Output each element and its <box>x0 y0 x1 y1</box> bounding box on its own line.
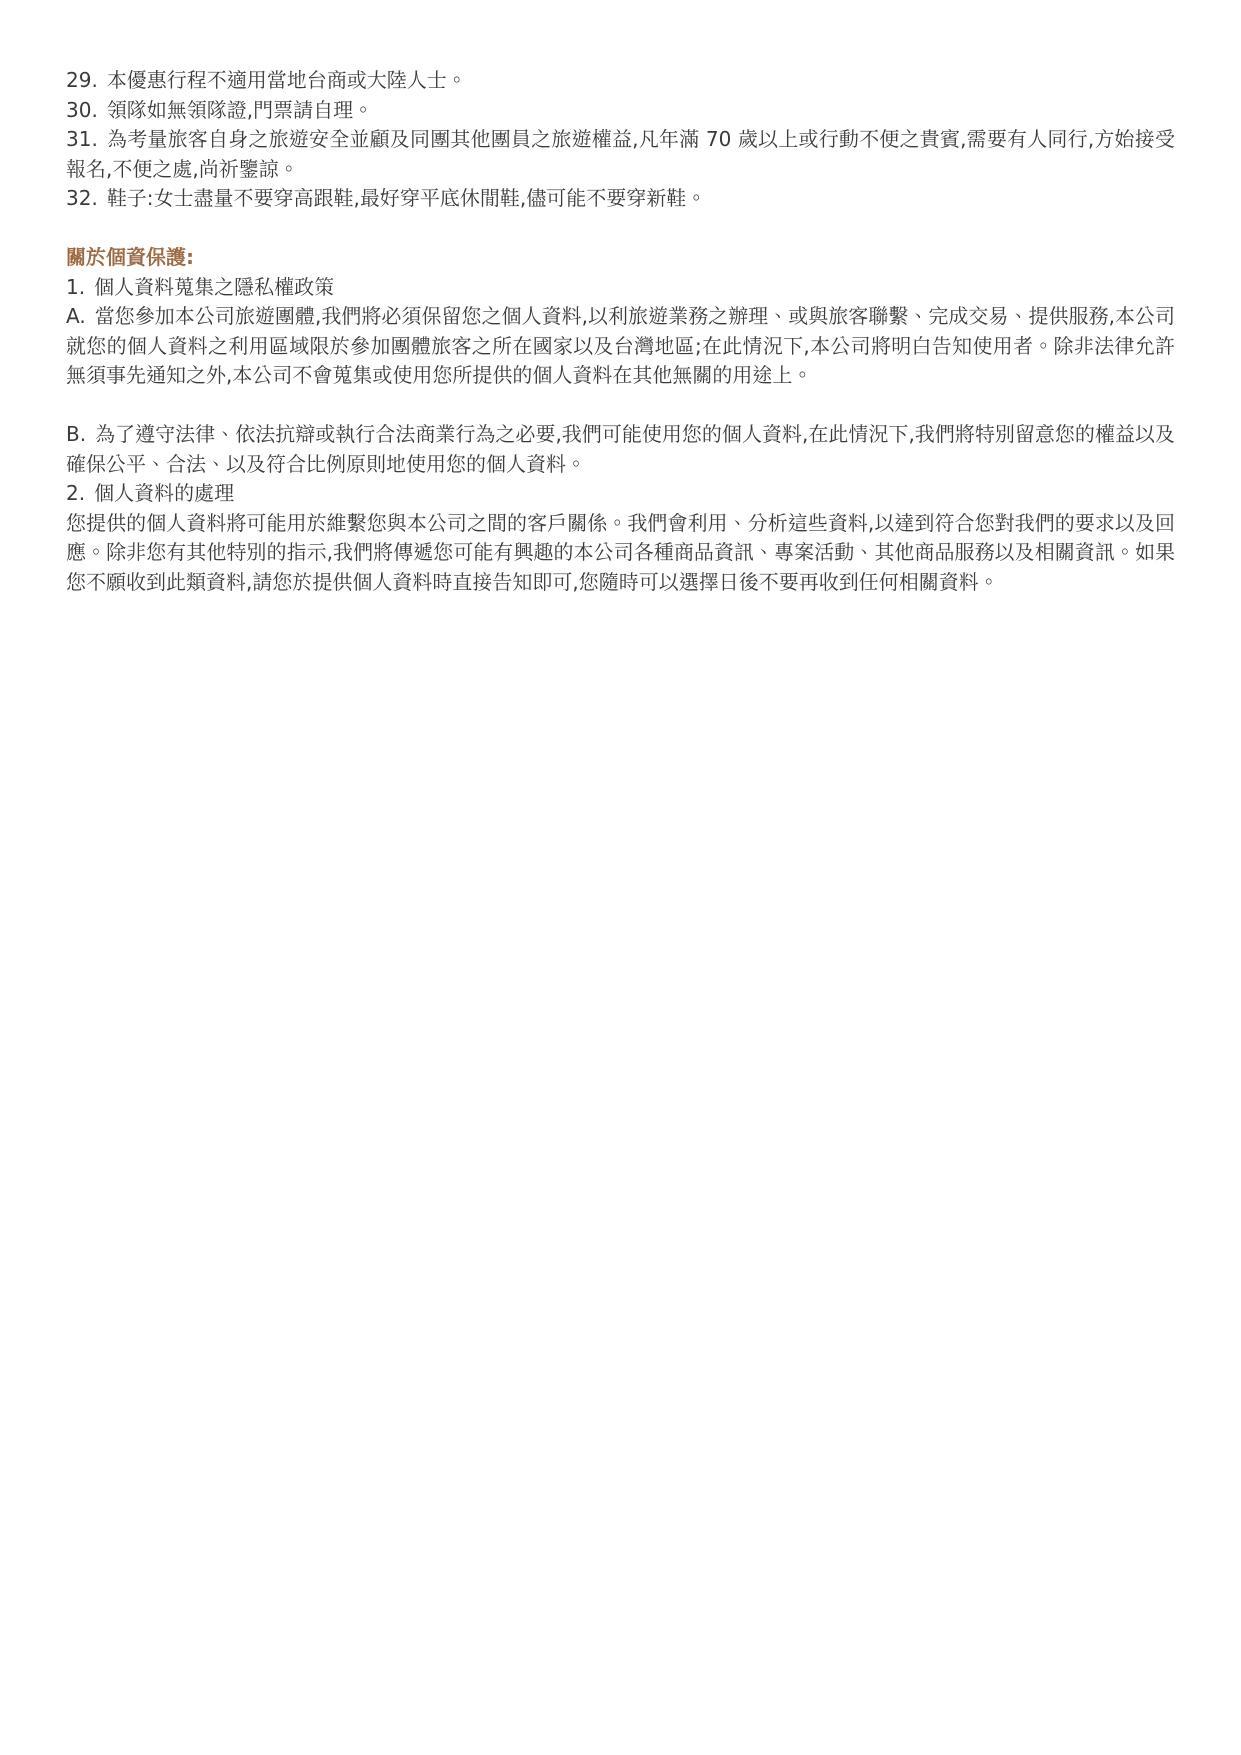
privacy-processing-title: 個人資料的處理 <box>94 481 234 505</box>
document-page: 29.本優惠行程不適用當地台商或大陸人士。 30.領隊如無領隊證,門票請自理。 … <box>0 0 1241 1755</box>
privacy-paragraph-a-label: A. <box>66 302 86 332</box>
privacy-policy-label: 1. <box>66 273 85 303</box>
privacy-paragraph-b-text: 為了遵守法律、依法抗辯或執行合法商業行為之必要,我們可能使用您的個人資料,在此情… <box>66 422 1175 476</box>
terms-item-text: 鞋子:女士盡量不要穿高跟鞋,最好穿平底休閒鞋,儘可能不要穿新鞋。 <box>107 186 706 210</box>
privacy-processing-label: 2. <box>66 479 85 509</box>
terms-item-text: 領隊如無領隊證,門票請自理。 <box>107 98 373 122</box>
blank-line <box>66 391 1175 421</box>
terms-item-number: 30. <box>66 96 98 126</box>
privacy-paragraph-b: B.為了遵守法律、依法抗辯或執行合法商業行為之必要,我們可能使用您的個人資料,在… <box>66 420 1175 479</box>
terms-item-32: 32.鞋子:女士盡量不要穿高跟鞋,最好穿平底休閒鞋,儘可能不要穿新鞋。 <box>66 184 1175 214</box>
blank-line <box>66 214 1175 244</box>
privacy-processing-paragraph: 您提供的個人資料將可能用於維繫您與本公司之間的客戶關係。我們會利用、分析這些資料… <box>66 509 1175 598</box>
privacy-section-heading: 關於個資保護: <box>66 243 1175 273</box>
terms-item-number: 32. <box>66 184 98 214</box>
privacy-policy-title: 個人資料蒐集之隱私權政策 <box>94 275 334 299</box>
privacy-policy-title-line: 1.個人資料蒐集之隱私權政策 <box>66 273 1175 303</box>
terms-item-text: 為考量旅客自身之旅遊安全並顧及同團其他團員之旅遊權益,凡年滿 70 歲以上或行動… <box>66 127 1175 181</box>
terms-item-text: 本優惠行程不適用當地台商或大陸人士。 <box>107 68 467 92</box>
terms-item-number: 29. <box>66 66 98 96</box>
terms-item-29: 29.本優惠行程不適用當地台商或大陸人士。 <box>66 66 1175 96</box>
privacy-paragraph-b-label: B. <box>66 420 86 450</box>
terms-item-30: 30.領隊如無領隊證,門票請自理。 <box>66 96 1175 126</box>
privacy-paragraph-a-text: 當您參加本公司旅遊團體,我們將必須保留您之個人資料,以利旅遊業務之辦理、或與旅客… <box>66 304 1175 387</box>
privacy-paragraph-a: A.當您參加本公司旅遊團體,我們將必須保留您之個人資料,以利旅遊業務之辦理、或與… <box>66 302 1175 391</box>
privacy-processing-title-line: 2.個人資料的處理 <box>66 479 1175 509</box>
terms-item-number: 31. <box>66 125 98 155</box>
terms-item-31: 31.為考量旅客自身之旅遊安全並顧及同團其他團員之旅遊權益,凡年滿 70 歲以上… <box>66 125 1175 184</box>
